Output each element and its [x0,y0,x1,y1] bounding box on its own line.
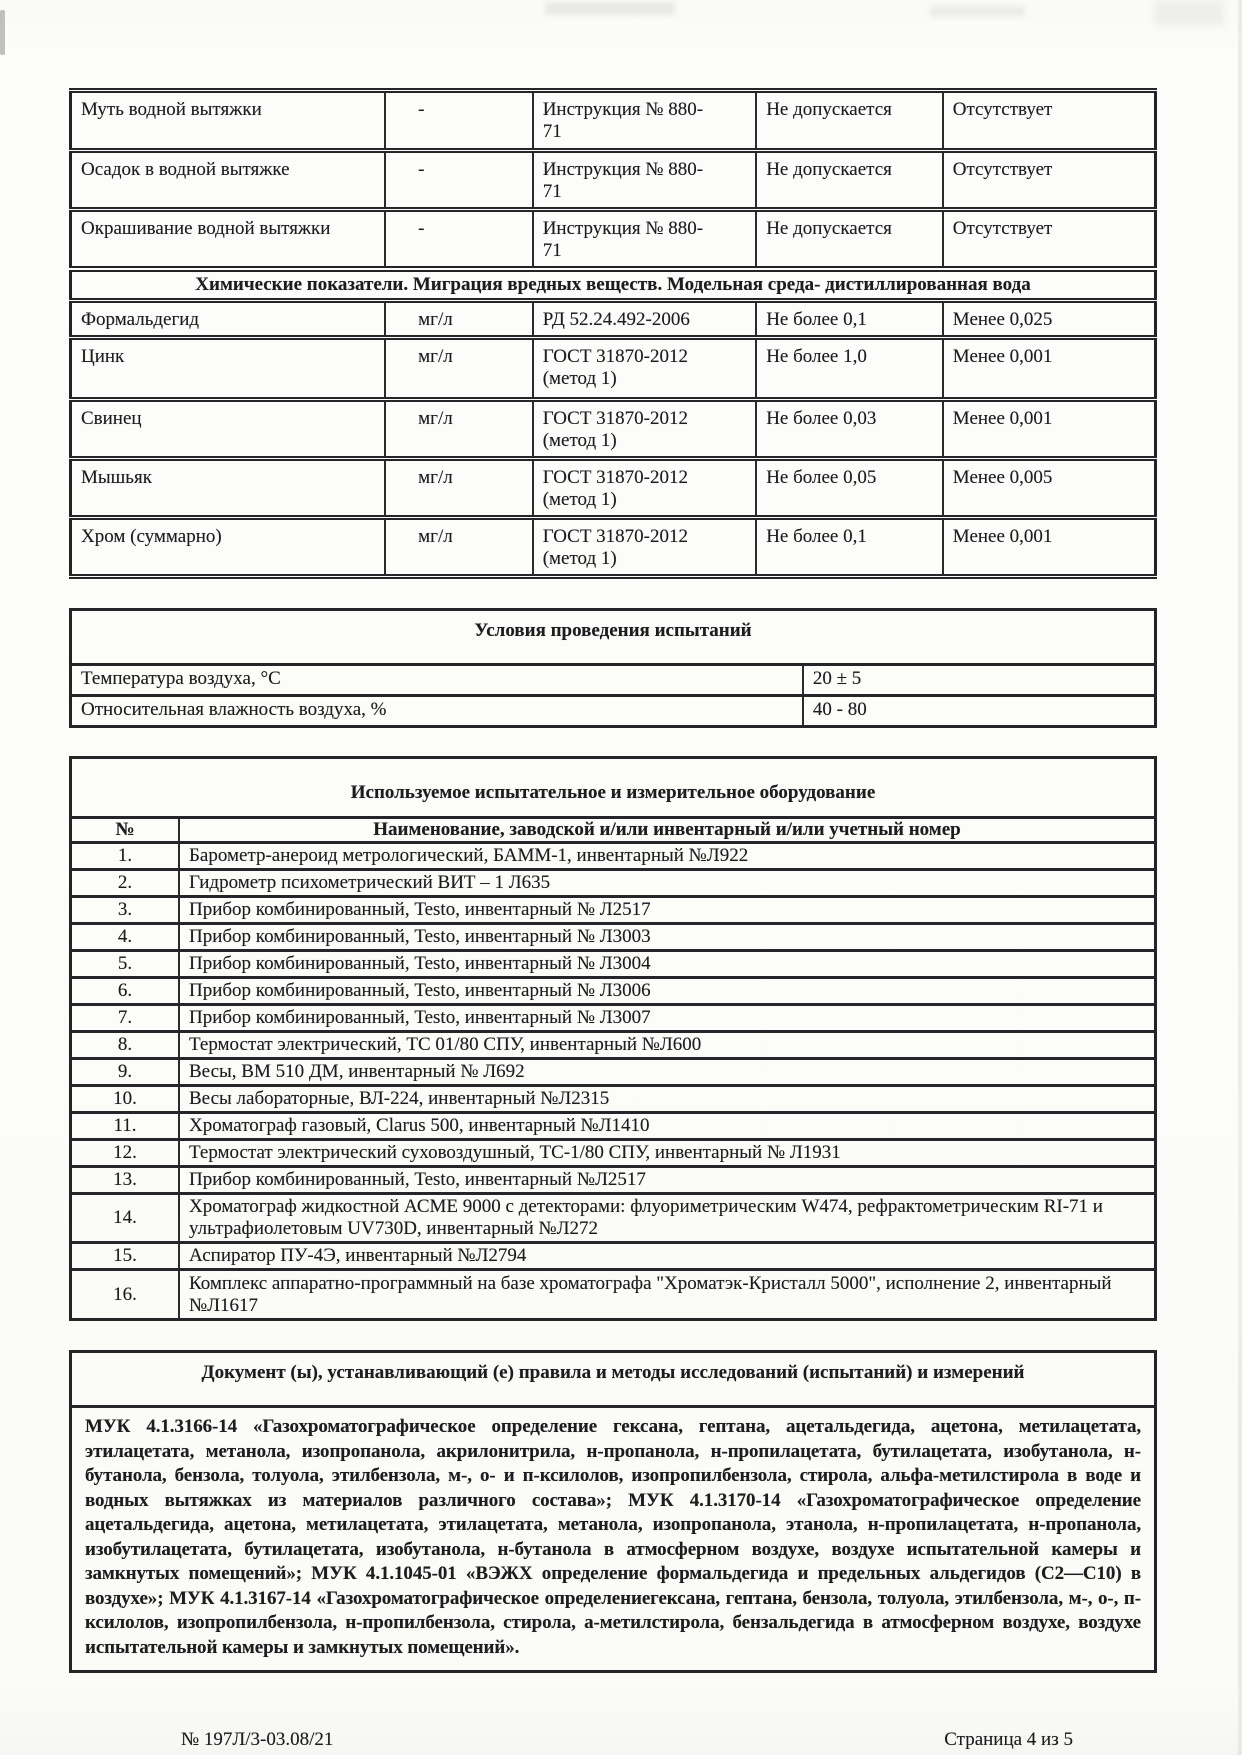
result-cell: Менее 0,025 [943,301,1156,338]
report-number: № 197Л/3-03.08/21 [181,1729,333,1751]
equipment-row: 1. Барометр-анероид метрологический, БАМ… [71,843,1156,870]
equipment-number-cell: 6. [71,978,180,1005]
equipment-name-cell: Прибор комбинированный, Testo, инвентарн… [179,1167,1156,1194]
unit-cell: мг/л [385,400,533,459]
equipment-name-cell: Прибор комбинированный, Testo, инвентарн… [179,978,1156,1005]
column-header-row: № Наименование, заводской и/или инвентар… [71,818,1156,843]
equipment-table: Используемое испытательное и измерительн… [69,756,1157,1321]
equipment-number-cell: 1. [71,843,180,870]
result-cell: Отсутствует [943,151,1156,210]
equipment-row: 2. Гидрометр психометрический ВИТ – 1 Л6… [71,870,1156,897]
unit-cell: - [385,91,533,151]
result-cell: Отсутствует [943,210,1156,270]
method-cell: РД 52.24.492-2006 [533,301,757,338]
migration-results-table: Муть водной вытяжки - Инструкция № 880- … [69,88,1157,579]
table-row: Формальдегид мг/л РД 52.24.492-2006 Не б… [71,301,1156,338]
limit-cell: Не более 1,0 [756,338,943,400]
equipment-number-cell: 16. [71,1270,180,1320]
equipment-name-cell: Хроматограф жидкостной АСМЕ 9000 с детек… [179,1194,1156,1243]
unit-cell: мг/л [385,338,533,400]
method-cell: ГОСТ 31870-2012 (метод 1) [533,459,757,518]
condition-label-cell: Температура воздуха, °С [71,665,803,696]
section-header: Химические показатели. Миграция вредных … [71,269,1156,301]
equipment-row: 10. Весы лабораторные, ВЛ-224, инвентарн… [71,1086,1156,1113]
unit-cell: мг/л [385,518,533,577]
name-column-header: Наименование, заводской и/или инвентарны… [179,818,1156,843]
scan-right-edge-shade [1238,0,1242,1755]
equipment-row: 11. Хроматограф газовый, Clarus 500, инв… [71,1113,1156,1140]
result-cell: Менее 0,005 [943,459,1156,518]
equipment-number-cell: 4. [71,924,180,951]
equipment-name-cell: Термостат электрический суховоздушный, Т… [179,1140,1156,1167]
table-title: Используемое испытательное и измерительн… [71,758,1156,818]
result-cell: Менее 0,001 [943,518,1156,577]
equipment-name-cell: Комплекс аппаратно-программный на базе х… [179,1270,1156,1320]
equipment-row: 5. Прибор комбинированный, Testo, инвент… [71,951,1156,978]
equipment-row: 6. Прибор комбинированный, Testo, инвент… [71,978,1156,1005]
equipment-name-cell: Барометр-анероид метрологический, БАММ-1… [179,843,1156,870]
equipment-number-cell: 13. [71,1167,180,1194]
equipment-row: 16. Комплекс аппаратно-программный на ба… [71,1270,1156,1320]
parameter-name-cell: Формальдегид [71,301,386,338]
equipment-name-cell: Прибор комбинированный, Testo, инвентарн… [179,924,1156,951]
equipment-name-cell: Прибор комбинированный, Testo, инвентарн… [179,897,1156,924]
method-cell: ГОСТ 31870-2012 (метод 1) [533,338,757,400]
parameter-name-cell: Цинк [71,338,386,400]
method-cell: Инструкция № 880- 71 [533,210,757,270]
table-title-row: Используемое испытательное и измерительн… [71,758,1156,818]
equipment-number-cell: 8. [71,1032,180,1059]
method-cell: Инструкция № 880- 71 [533,91,757,151]
table-row: Муть водной вытяжки - Инструкция № 880- … [71,91,1156,151]
parameter-name-cell: Мышьяк [71,459,386,518]
table-row: Осадок в водной вытяжке - Инструкция № 8… [71,151,1156,210]
condition-value-cell: 20 ± 5 [803,665,1156,696]
equipment-row: 15. Аспиратор ПУ-4Э, инвентарный №Л2794 [71,1243,1156,1270]
result-cell: Менее 0,001 [943,338,1156,400]
table-row: МУК 4.1.3166-14 «Газохроматографическое … [71,1407,1156,1672]
table-row: Окрашивание водной вытяжки - Инструкция … [71,210,1156,270]
equipment-row: 13. Прибор комбинированный, Testo, инвен… [71,1167,1156,1194]
equipment-number-cell: 11. [71,1113,180,1140]
equipment-name-cell: Весы лабораторные, ВЛ-224, инвентарный №… [179,1086,1156,1113]
equipment-row: 9. Весы, ВМ 510 ДМ, инвентарный № Л692 [71,1059,1156,1086]
page-number: Страница 4 из 5 [944,1729,1073,1751]
test-conditions-table: Условия проведения испытаний Температура… [69,608,1157,728]
methods-document-table: Документ (ы), устанавливающий (е) правил… [69,1350,1157,1673]
table-title-row: Условия проведения испытаний [71,610,1156,665]
table-row: Цинк мг/л ГОСТ 31870-2012 (метод 1) Не б… [71,338,1156,400]
page-content: Муть водной вытяжки - Инструкция № 880- … [69,88,1157,1751]
equipment-number-cell: 5. [71,951,180,978]
limit-cell: Не более 0,1 [756,301,943,338]
equipment-row: 8. Термостат электрический, ТС 01/80 СПУ… [71,1032,1156,1059]
parameter-name-cell: Окрашивание водной вытяжки [71,210,386,270]
result-cell: Менее 0,001 [943,400,1156,459]
equipment-number-cell: 7. [71,1005,180,1032]
scanned-report-page: Муть водной вытяжки - Инструкция № 880- … [0,0,1242,1755]
method-cell: Инструкция № 880- 71 [533,151,757,210]
parameter-name-cell: Муть водной вытяжки [71,91,386,151]
scan-edge-mark [0,10,5,55]
parameter-name-cell: Хром (суммарно) [71,518,386,577]
table-row: Относительная влажность воздуха, % 40 - … [71,696,1156,727]
table-title-row: Документ (ы), устанавливающий (е) правил… [71,1352,1156,1407]
equipment-number-cell: 9. [71,1059,180,1086]
equipment-name-cell: Аспиратор ПУ-4Э, инвентарный №Л2794 [179,1243,1156,1270]
scan-smudge [1154,0,1224,26]
number-column-header: № [71,818,180,843]
limit-cell: Не допускается [756,91,943,151]
equipment-row: 14. Хроматограф жидкостной АСМЕ 9000 с д… [71,1194,1156,1243]
table-row: Свинец мг/л ГОСТ 31870-2012 (метод 1) Не… [71,400,1156,459]
limit-cell: Не допускается [756,151,943,210]
scan-smudge [545,2,675,15]
equipment-row: 3. Прибор комбинированный, Testo, инвент… [71,897,1156,924]
equipment-name-cell: Прибор комбинированный, Testo, инвентарн… [179,951,1156,978]
equipment-number-cell: 12. [71,1140,180,1167]
table-row: Хром (суммарно) мг/л ГОСТ 31870-2012 (ме… [71,518,1156,577]
table-row: Мышьяк мг/л ГОСТ 31870-2012 (метод 1) Не… [71,459,1156,518]
result-cell: Отсутствует [943,91,1156,151]
condition-value-cell: 40 - 80 [803,696,1156,727]
condition-label-cell: Относительная влажность воздуха, % [71,696,803,727]
scan-smudge [930,6,1025,17]
limit-cell: Не допускается [756,210,943,270]
limit-cell: Не более 0,03 [756,400,943,459]
unit-cell: - [385,210,533,270]
unit-cell: мг/л [385,459,533,518]
equipment-row: 7. Прибор комбинированный, Testo, инвент… [71,1005,1156,1032]
table-title: Условия проведения испытаний [71,610,1156,665]
method-cell: ГОСТ 31870-2012 (метод 1) [533,400,757,459]
equipment-number-cell: 15. [71,1243,180,1270]
limit-cell: Не более 0,05 [756,459,943,518]
parameter-name-cell: Свинец [71,400,386,459]
unit-cell: - [385,151,533,210]
equipment-number-cell: 14. [71,1194,180,1243]
limit-cell: Не более 0,1 [756,518,943,577]
equipment-name-cell: Гидрометр психометрический ВИТ – 1 Л635 [179,870,1156,897]
equipment-name-cell: Термостат электрический, ТС 01/80 СПУ, и… [179,1032,1156,1059]
page-footer: № 197Л/3-03.08/21 Страница 4 из 5 [69,1729,1157,1751]
equipment-name-cell: Хроматограф газовый, Clarus 500, инвента… [179,1113,1156,1140]
table-row: Температура воздуха, °С 20 ± 5 [71,665,1156,696]
table-title: Документ (ы), устанавливающий (е) правил… [71,1352,1156,1407]
equipment-row: 12. Термостат электрический суховоздушны… [71,1140,1156,1167]
equipment-name-cell: Прибор комбинированный, Testo, инвентарн… [179,1005,1156,1032]
equipment-number-cell: 2. [71,870,180,897]
section-header-row: Химические показатели. Миграция вредных … [71,269,1156,301]
equipment-number-cell: 10. [71,1086,180,1113]
equipment-name-cell: Весы, ВМ 510 ДМ, инвентарный № Л692 [179,1059,1156,1086]
equipment-row: 4. Прибор комбинированный, Testo, инвент… [71,924,1156,951]
parameter-name-cell: Осадок в водной вытяжке [71,151,386,210]
methods-text: МУК 4.1.3166-14 «Газохроматографическое … [71,1407,1156,1672]
equipment-number-cell: 3. [71,897,180,924]
unit-cell: мг/л [385,301,533,338]
method-cell: ГОСТ 31870-2012 (метод 1) [533,518,757,577]
